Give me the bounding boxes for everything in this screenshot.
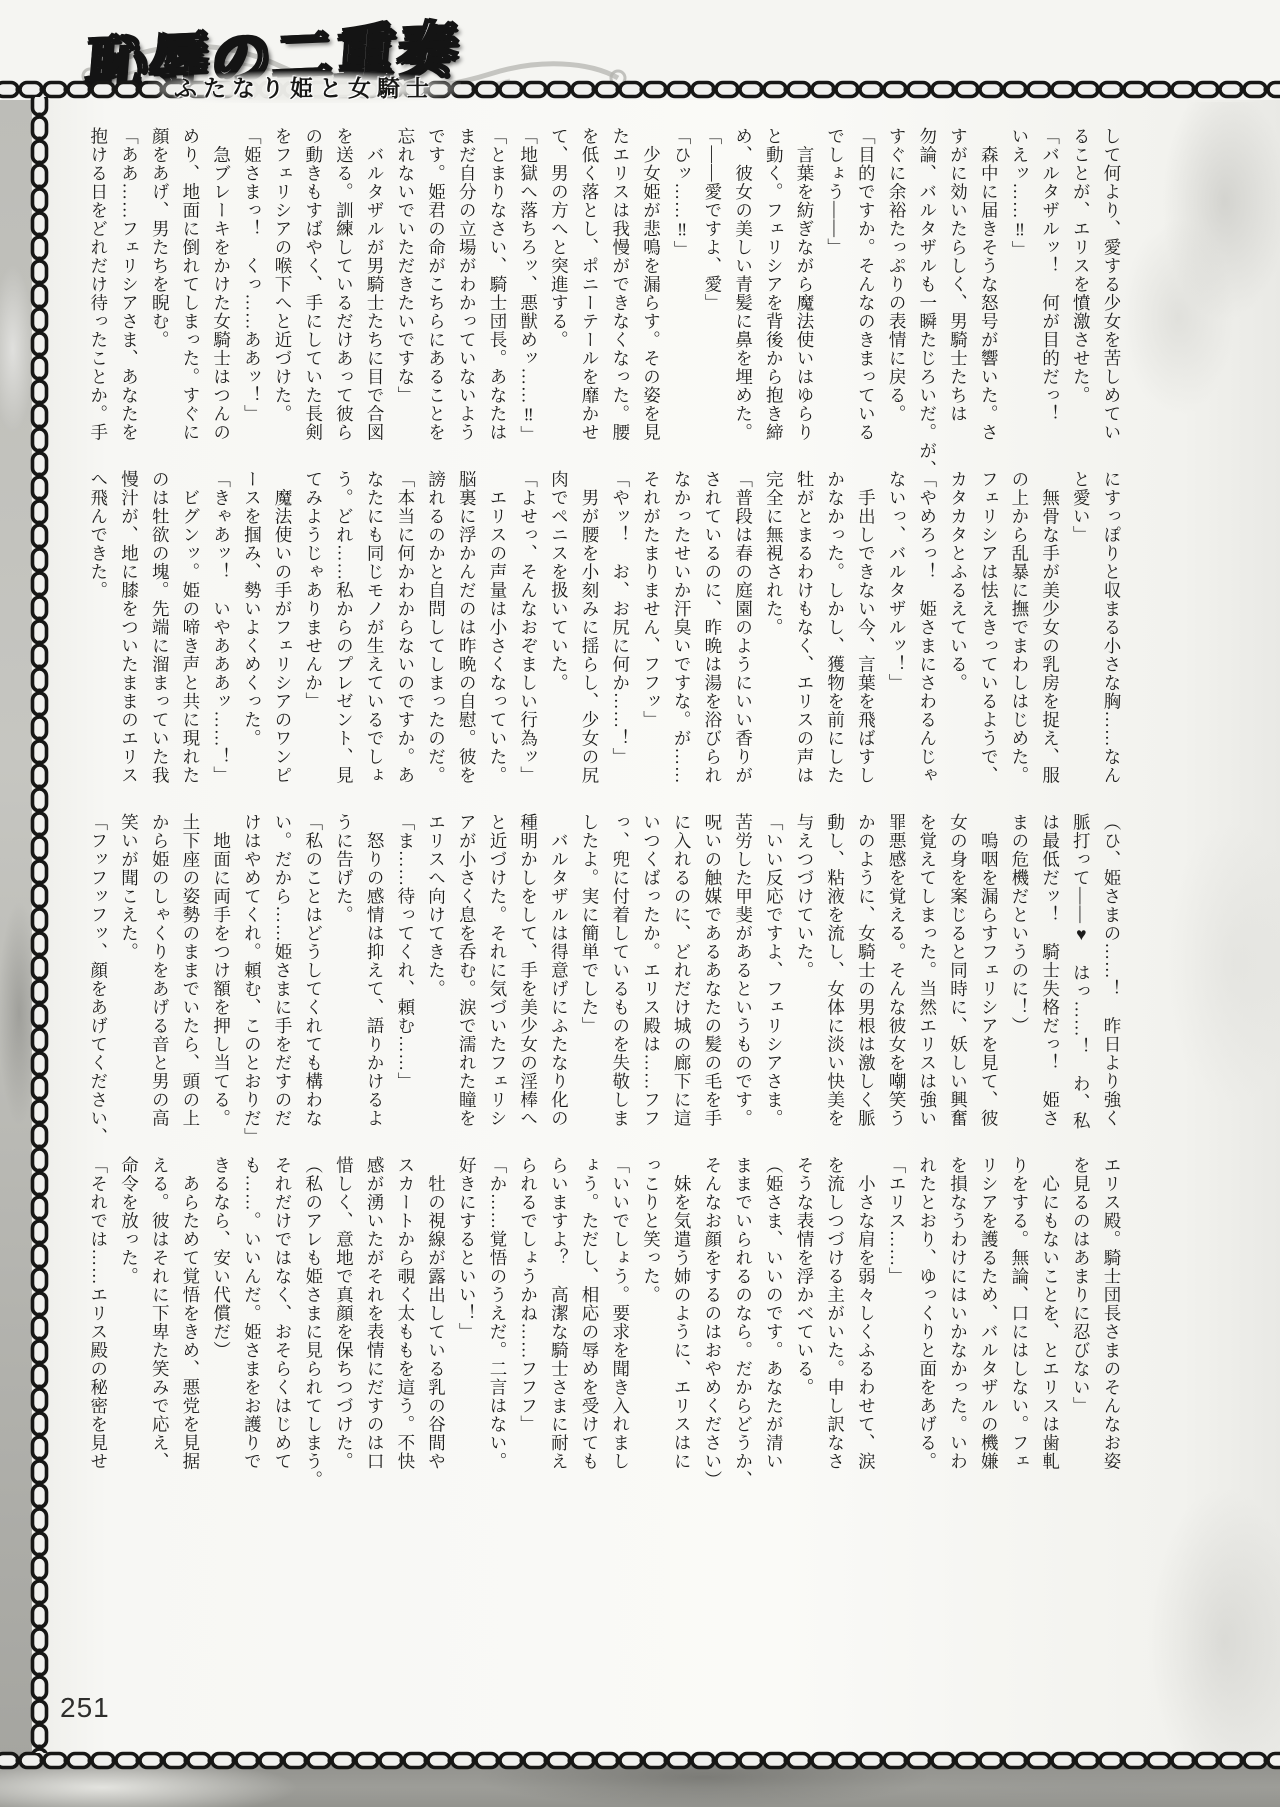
chain-border-left bbox=[29, 97, 50, 1753]
text-band-2: にすっぽりと収まる小さな胸……なん と愛い」 無骨な手が美少女の乳房を捉え、服 … bbox=[85, 470, 1127, 822]
text-band-1: して何より、愛する少女を苦しめてい ることが、エリスを憤激させた。 「バルタザル… bbox=[85, 127, 1127, 479]
page-number: 251 bbox=[60, 1692, 110, 1724]
text-band-3: （ひ、姫さまの……！ 昨日より強く 脈打って――♥ はっ……！ わ、私 は最低だ… bbox=[85, 813, 1127, 1165]
chain-border-bottom bbox=[0, 1750, 1280, 1771]
left-margin-texture bbox=[0, 100, 32, 1760]
series-subtitle: ふたなり姫と女騎士 bbox=[148, 70, 461, 103]
book-page: 恥辱の二重奏 ふたなり姫と女騎士 して何より、愛する少女を苦しめてい ることが、… bbox=[0, 0, 1280, 1807]
text-band-4: エリス殿。騎士団長さまのそんなお姿 を見るのはあまりに忍びない」 心にもないこと… bbox=[85, 1156, 1127, 1508]
